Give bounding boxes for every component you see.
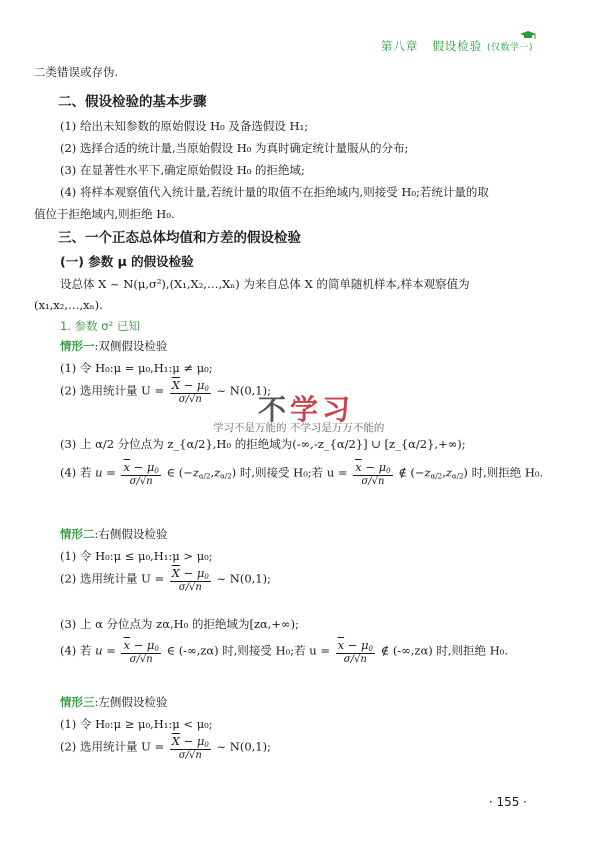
fraction: x − μ0σ/√n: [353, 460, 392, 487]
case1-step1: (1) 令 H₀:μ = μ₀,H₁:μ ≠ μ₀;: [60, 360, 213, 376]
case2-step3: (3) 上 α 分位点为 zα,H₀ 的拒绝域为[zα,+∞);: [60, 616, 299, 632]
chapter-header: 第八章 假设检验 (仅数学一): [381, 38, 533, 54]
intro-line: 设总体 X ~ N(μ,σ²),(X₁,X₂,…,Xₙ) 为来自总体 X 的简单…: [60, 276, 470, 292]
page-number: · 155 ·: [489, 795, 527, 809]
case-title: 情形三:左侧假设检验: [60, 694, 167, 710]
case1-step2: (2) 选用统计量 U = X − μ0σ/√n ~ N(0,1);: [60, 378, 271, 405]
reject-text: ∉ (-∞,zα) 时,则拒绝 H₀.: [381, 644, 508, 658]
case1-step3: (3) 上 α/2 分位点为 z_{α/2},H₀ 的拒绝域为(-∞,-z_{α…: [60, 436, 466, 452]
section-title: 三、一个正态总体均值和方差的假设检验: [58, 226, 301, 246]
step-suffix: ~ N(0,1);: [216, 572, 271, 586]
case-desc: :双侧假设检验: [95, 339, 168, 353]
case-desc: :左侧假设检验: [95, 695, 168, 709]
accept-text: ∈ (-∞,zα) 时,则接受 H₀;若 u =: [167, 644, 330, 658]
chapter-note: (仅数学一): [487, 43, 533, 53]
case-label: 情形一: [60, 339, 95, 353]
fraction: x − μ0σ/√n: [121, 460, 160, 487]
fraction: x − μ0σ/√n: [121, 638, 160, 665]
chapter-title: 假设检验: [432, 39, 482, 53]
step-3: (3) 在显著性水平下,确定原始假设 H₀ 的拒绝域;: [60, 162, 305, 178]
case2-step1: (1) 令 H₀:μ ≤ μ₀,H₁:μ > μ₀;: [60, 548, 213, 564]
step-label: (2) 选用统计量 U =: [60, 740, 164, 754]
text-line: 二类错误或存伪.: [34, 64, 118, 80]
case-desc: :右侧假设检验: [95, 527, 168, 541]
case-title: 情形一:双侧假设检验: [60, 338, 167, 354]
case-label: 情形二: [60, 527, 95, 541]
step-1: (1) 给出未知参数的原始假设 H₀ 及备选假设 H₁;: [60, 118, 308, 134]
case-heading: 1. 参数 σ² 已知: [60, 318, 140, 334]
fraction: x − μ0σ/√n: [336, 638, 375, 665]
subsection-title: (一) 参数 μ 的假设检验: [60, 252, 194, 270]
step-suffix: ~ N(0,1);: [216, 740, 271, 754]
fraction: X − μ0σ/√n: [170, 734, 211, 761]
step-label: (2) 选用统计量 U =: [60, 572, 164, 586]
case3-step2: (2) 选用统计量 U = X − μ0σ/√n ~ N(0,1);: [60, 734, 271, 761]
step-2: (2) 选择合适的统计量,当原始假设 H₀ 为真时确定统计量服从的分布;: [60, 140, 408, 156]
case3-step1: (1) 令 H₀:μ ≥ μ₀,H₁:μ < μ₀;: [60, 716, 213, 732]
case-label: 情形三: [60, 695, 95, 709]
step-4-cont: 值位于拒绝域内,则拒绝 H₀.: [34, 206, 175, 222]
accept-text: 时,则接受 H₀;若 u =: [240, 466, 348, 480]
case-title: 情形二:右侧假设检验: [60, 526, 167, 542]
intro-line-2: (x₁,x₂,…,xₙ).: [34, 298, 103, 312]
reject-text: 时,则拒绝 H₀.: [472, 466, 544, 480]
fraction: X − μ0σ/√n: [170, 566, 211, 593]
fraction: X − μ0σ/√n: [170, 378, 211, 405]
case1-step4: (4) 若 u = x − μ0σ/√n ∈ (−zα/2,zα/2) 时,则接…: [60, 460, 543, 487]
chapter-label: 第八章: [381, 39, 419, 53]
watermark-slogan: 学习不是万能的 不学习是万万不能的: [213, 420, 384, 435]
case2-step4: (4) 若 u = x − μ0σ/√n ∈ (-∞,zα) 时,则接受 H₀;…: [60, 638, 508, 665]
step-4: (4) 将样本观察值代入统计量,若统计量的取值不在拒绝域内,则接受 H₀;若统计…: [60, 184, 489, 200]
case2-step2: (2) 选用统计量 U = X − μ0σ/√n ~ N(0,1);: [60, 566, 271, 593]
section-title: 二、假设检验的基本步骤: [58, 90, 207, 110]
step-label: (2) 选用统计量 U =: [60, 384, 164, 398]
